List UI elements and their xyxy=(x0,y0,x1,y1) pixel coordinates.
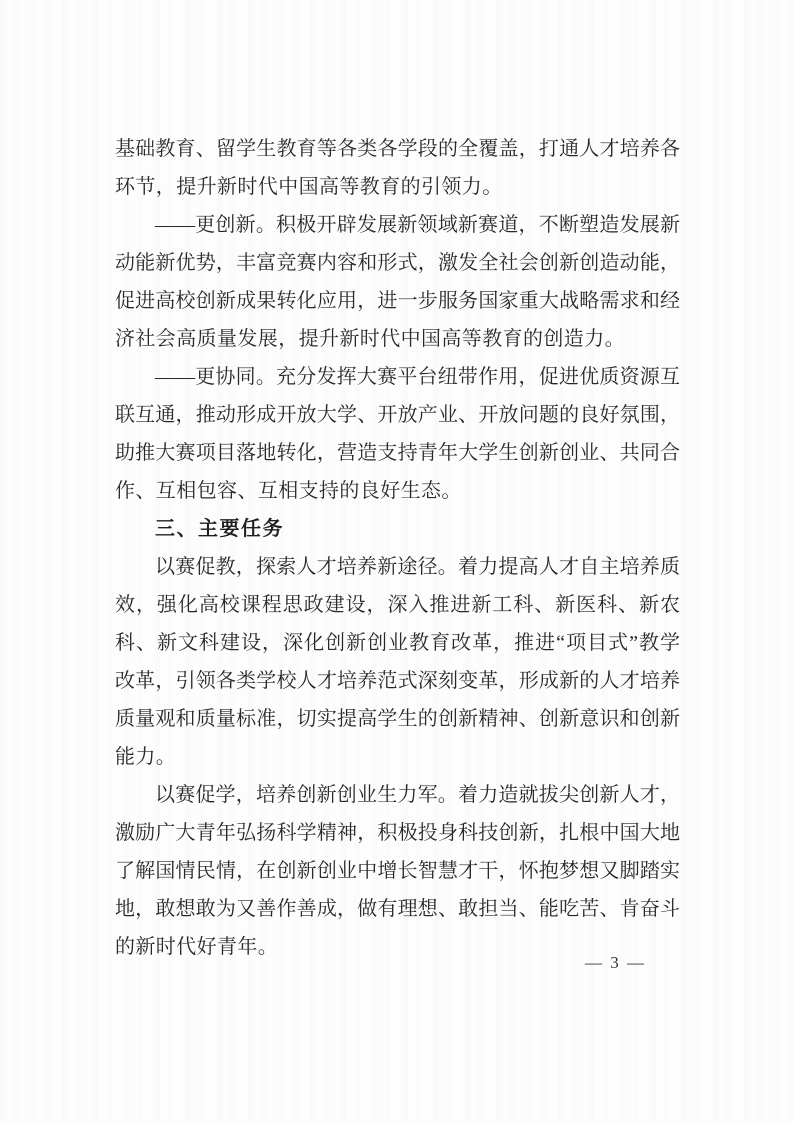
text-line: 能力。 xyxy=(115,738,680,776)
text-line: 联互通，推动形成开放大学、开放产业、开放问题的良好氛围， xyxy=(115,396,680,434)
section-heading: 三、主要任务 xyxy=(115,510,680,548)
document-page: 基础教育、留学生教育等各类各学段的全覆盖，打通人才培养各 环节，提升新时代中国高… xyxy=(0,0,793,1123)
text-line: 效，强化高校课程思政建设，深入推进新工科、新医科、新农 xyxy=(115,586,680,624)
text-line: 激励广大青年弘扬科学精神，积极投身科技创新，扎根中国大地 xyxy=(115,814,680,852)
text-line: 作、互相包容、互相支持的良好生态。 xyxy=(115,472,680,510)
document-body: 基础教育、留学生教育等各类各学段的全覆盖，打通人才培养各 环节，提升新时代中国高… xyxy=(115,130,680,966)
text-line: 质量观和质量标准，切实提高学生的创新精神、创新意识和创新 xyxy=(115,700,680,738)
text-line: 地，敢想敢为又善作善成，做有理想、敢担当、能吃苦、肯奋斗 xyxy=(115,890,680,928)
page-number: — 3 — xyxy=(585,951,655,975)
text-line: 促进高校创新成果转化应用，进一步服务国家重大战略需求和经 xyxy=(115,282,680,320)
text-line: 以赛促学，培养创新创业生力军。着力造就拔尖创新人才， xyxy=(115,776,680,814)
text-line: ——更协同。充分发挥大赛平台纽带作用，促进优质资源互 xyxy=(115,358,680,396)
text-line: 科、新文科建设，深化创新创业教育改革，推进“项目式”教学 xyxy=(115,624,680,662)
text-line: 改革，引领各类学校人才培养范式深刻变革，形成新的人才培养 xyxy=(115,662,680,700)
text-line: 动能新优势，丰富竞赛内容和形式，激发全社会创新创造动能， xyxy=(115,244,680,282)
text-line: 环节，提升新时代中国高等教育的引领力。 xyxy=(115,168,680,206)
text-line: 济社会高质量发展，提升新时代中国高等教育的创造力。 xyxy=(115,320,680,358)
text-line: 基础教育、留学生教育等各类各学段的全覆盖，打通人才培养各 xyxy=(115,130,680,168)
text-line: 以赛促教，探索人才培养新途径。着力提高人才自主培养质 xyxy=(115,548,680,586)
text-line: 了解国情民情，在创新创业中增长智慧才干，怀抱梦想又脚踏实 xyxy=(115,852,680,890)
text-line: ——更创新。积极开辟发展新领域新赛道，不断塑造发展新 xyxy=(115,206,680,244)
text-line: 助推大赛项目落地转化，营造支持青年大学生创新创业、共同合 xyxy=(115,434,680,472)
